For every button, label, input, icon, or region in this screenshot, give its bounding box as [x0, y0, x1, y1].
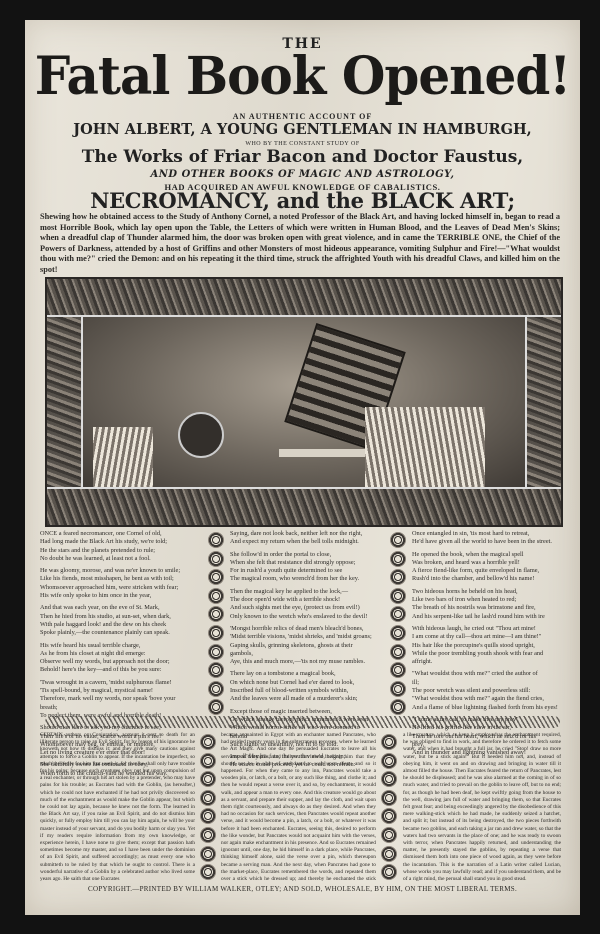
subtitle-magic-astrology: AND OTHER BOOKS OF MAGIC AND ASTROLOGY,: [25, 169, 580, 180]
poem-line: And his serpent-like tail he lash'd roun…: [412, 613, 572, 621]
ornamental-divider: [45, 716, 560, 728]
poem-line: Gaping skulls, grinning skeletons, ghost…: [230, 642, 390, 650]
medallion-icon: [200, 864, 216, 880]
poem-line: With hideous laugh, he cried out "Thou a…: [412, 625, 572, 633]
poem-line: On which none but Cornel had e'er dared …: [230, 679, 390, 687]
medallion-icon: [381, 771, 397, 787]
medallion-icon: [390, 606, 406, 622]
poem-line: And a flame of blue lightning flashed fo…: [412, 704, 572, 712]
poem-line: Then the magical key he applied to the l…: [230, 588, 390, 596]
woodcut-illustration: [45, 277, 563, 527]
prose-column-3: a like creature, which, to keep it emplo…: [403, 732, 561, 882]
flame-right-icon: [365, 407, 485, 487]
medallion-icon: [200, 771, 216, 787]
poem-line: Spoke plainly,—the countenance plainly c…: [40, 629, 205, 637]
poem-line: gambols,: [230, 650, 390, 658]
poem-line: ONCE a feared necromancer, one Cornel of…: [40, 530, 205, 538]
poem-line: His wife only spoke to him once in the y…: [40, 592, 205, 600]
prose-column-2: became acquainted in Egypt with an encha…: [221, 732, 376, 882]
poem-line: A fierce fiend-like form, quite envelope…: [412, 567, 572, 575]
medallion-column-2: [390, 532, 408, 718]
broadside-sheet: THE Fatal Book Opened! AN AUTHENTIC ACCO…: [25, 20, 580, 915]
poem-line: affright.: [412, 658, 572, 666]
poem-line: Had long made the Black Art his study, w…: [40, 538, 205, 546]
poem-line: Like two bars of iron when heated to red…: [412, 596, 572, 604]
poem-line: The magical room, who wrench'd from her …: [230, 575, 390, 583]
medallion-icon: [208, 569, 224, 585]
poem-line: The breath of his nostrils was brimstone…: [412, 604, 572, 612]
poem-line: "What wouldst thou with me?" again the f…: [412, 695, 572, 703]
medallion-icon: [390, 588, 406, 604]
poem-line: And the leaves were all made of a murder…: [230, 695, 390, 703]
poem-line: I am come at thy call—thou art mine—I am…: [412, 633, 572, 641]
medallion-icon: [208, 699, 224, 715]
poem-line: He the stars and the planets pretended t…: [40, 547, 205, 555]
demon-scene: [83, 317, 525, 487]
medallion-icon: [200, 734, 216, 750]
subtitle-john-albert: JOHN ALBERT, A YOUNG GENTLEMAN IN HAMBUR…: [25, 121, 580, 138]
medallion-icon: [208, 588, 224, 604]
poem-line: Inscribed full of blood-written symbols …: [230, 687, 390, 695]
poem-line: His hair like the porcupine's quills sto…: [412, 642, 572, 650]
medallion-icon: [390, 532, 406, 548]
poem-line: Was broken, and heard was a horrible yel…: [412, 559, 572, 567]
medallion-icon: [381, 753, 397, 769]
poem-line: He was gloomy, morose, and was ne'er kno…: [40, 567, 205, 575]
poem-line: Then he hied from his studio, at sun-set…: [40, 613, 205, 621]
poem-line: Whomsoever approached him, were stricken…: [40, 584, 205, 592]
medallion-icon: [208, 681, 224, 697]
poem-line: There lay on a tombstone a magical book,: [230, 670, 390, 678]
poem-line: And such sights met the eye, (protect us…: [230, 604, 390, 612]
poem-line: Rush'd into the chamber, and bellow'd hi…: [412, 575, 572, 583]
medallion-icon: [381, 864, 397, 880]
poem-line: 'Twas wrought in a cavern, 'midst sulphu…: [40, 679, 205, 687]
medallion-icon: [381, 808, 397, 824]
page-title: Fatal Book Opened!: [25, 45, 580, 108]
poem-line: The poor wretch was silent and powerless…: [412, 687, 572, 695]
subtitle-works: The Works of Friar Bacon and Doctor Faus…: [25, 147, 580, 167]
medallion-icon: [208, 551, 224, 567]
grotesque-border-left: [47, 317, 83, 487]
medallion-icon: [381, 827, 397, 843]
grotesque-border-top: [47, 279, 561, 317]
poem-line: And expect my return when the bell tolls…: [230, 538, 390, 546]
medallion-icon: [200, 808, 216, 824]
poem-line: Once entangled in sin, 'tis most hard to…: [412, 530, 572, 538]
medallion-icon: [200, 790, 216, 806]
poem-line: No doubt he was learned, at least not a …: [40, 555, 205, 563]
poem-line: Behold! here's the key—and of this be yo…: [40, 666, 205, 674]
medallion-icon: [390, 569, 406, 585]
poem-line: When she felt that resistance did strong…: [230, 559, 390, 567]
poem-line: He'd have given all the world to have be…: [412, 538, 572, 546]
subtitle-necromancy: NECROMANCY, and the BLACK ART;: [25, 188, 580, 213]
poem-line: Therefore, mark well my words, nor speak…: [40, 695, 205, 703]
poem-line: 'Tis spell-bound, by magical, mystical n…: [40, 687, 205, 695]
medallion-column-4: [381, 734, 399, 883]
poem-line: Only known to the wretch who's enslaved …: [230, 613, 390, 621]
poem-line: Two hideous horns he beheld on his head,: [412, 588, 572, 596]
poem-line: breath;: [40, 704, 205, 712]
grotesque-border-bottom: [47, 487, 561, 525]
poem-line: 'Mongst horrible relics of dead men's bl…: [230, 625, 390, 633]
poem-section: ONCE a feared necromancer, one Cornel of…: [40, 530, 565, 715]
medallion-column-3: [200, 734, 218, 883]
medallion-icon: [200, 827, 216, 843]
poem-line: Like his fiends, most misshapen, he bent…: [40, 575, 205, 583]
poem-line: Saying, dare not look back, neither left…: [230, 530, 390, 538]
prose-column-1: CERTAIN authors on Conjuration, account …: [40, 732, 195, 882]
poem-line: And that was each year, on the eve of St…: [40, 604, 205, 612]
poem-line: His wife heard his usual terrible charge…: [40, 642, 205, 650]
medallion-icon: [208, 606, 224, 622]
poem-line: Aye, this and much more,—'tis not my mus…: [230, 658, 390, 666]
poem-line: Observe well my words, but approach not …: [40, 658, 205, 666]
poem-line: With pale haggard look! and the dew on h…: [40, 621, 205, 629]
medallion-icon: [381, 846, 397, 862]
poem-line: 'Midst terrible visions, 'midst shrieks,…: [230, 633, 390, 641]
poem-line: She follow'd in order the portal to clos…: [230, 551, 390, 559]
grotesque-border-right: [525, 317, 561, 487]
medallion-icon: [208, 644, 224, 660]
medallion-icon: [390, 644, 406, 660]
poem-line: As he from his closet at night did emerg…: [40, 650, 205, 658]
medallion-icon: [390, 681, 406, 697]
subtitle-authentic-account: AN AUTHENTIC ACCOUNT OF: [25, 112, 580, 121]
poem-line: The door open'd wide with a terrible sho…: [230, 596, 390, 604]
medallion-icon: [390, 625, 406, 641]
globe-icon: [178, 412, 224, 458]
imprint-footer: COPYRIGHT.—PRINTED BY WILLIAM WALKER, OT…: [25, 885, 580, 893]
poem-line: He opened the book, when the magical spe…: [412, 551, 572, 559]
medallion-icon: [381, 790, 397, 806]
poem-line: While the poor trembling youth shook wit…: [412, 650, 572, 658]
medallion-icon: [208, 662, 224, 678]
medallion-icon: [381, 734, 397, 750]
medallion-icon: [200, 846, 216, 862]
medallion-column-1: [208, 532, 226, 718]
poem-line: For in rush'd a youth quite determined t…: [230, 567, 390, 575]
medallion-icon: [200, 753, 216, 769]
medallion-icon: [390, 699, 406, 715]
medallion-icon: [390, 551, 406, 567]
medallion-icon: [390, 662, 406, 678]
poem-line: Except those of magic inserted between,: [230, 708, 390, 716]
flame-left-icon: [93, 427, 153, 487]
medallion-icon: [208, 625, 224, 641]
poem-line: ill;: [412, 679, 572, 687]
poem-line: "What wouldst thou with me?" cried the a…: [412, 670, 572, 678]
intro-paragraph: Shewing how he obtained access to the St…: [40, 212, 560, 276]
medallion-icon: [208, 532, 224, 548]
